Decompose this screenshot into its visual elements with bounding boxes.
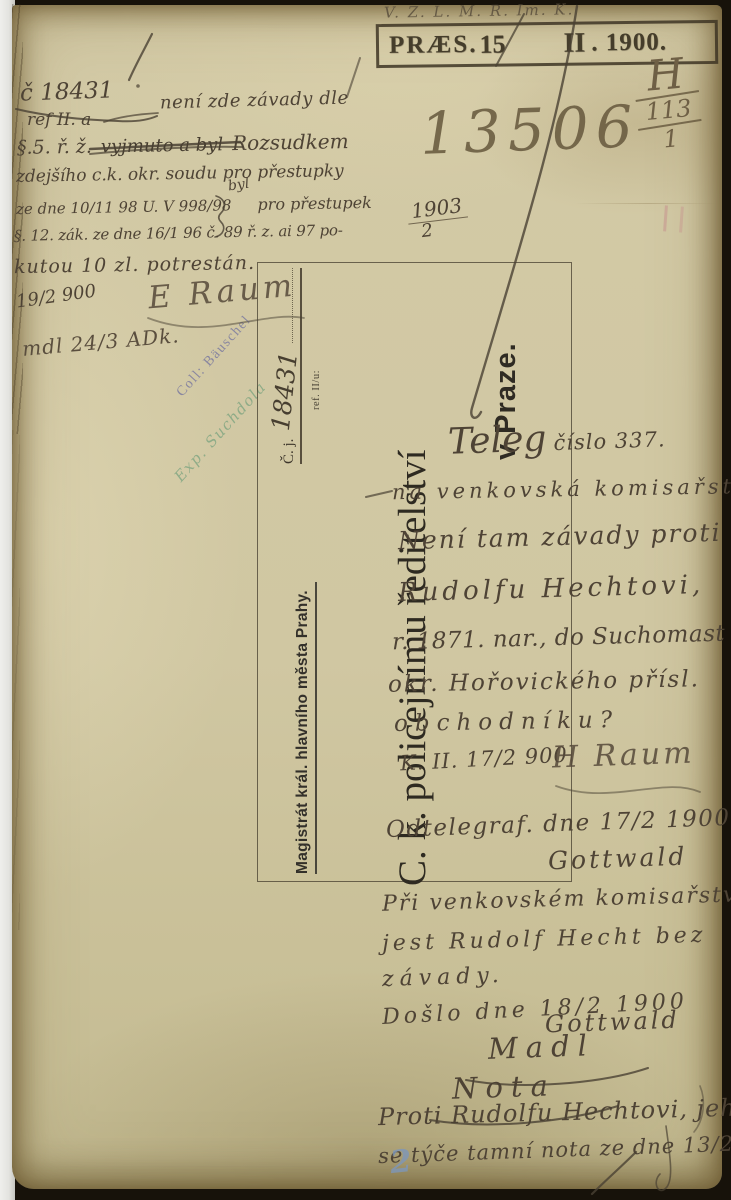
praes-label: PRÆS. (389, 31, 478, 60)
form-addressee: C. k. policejnímu ředitelství (390, 336, 435, 886)
signature-raum: H Raum (551, 738, 695, 774)
left-note-byl: byl (227, 177, 250, 195)
year-fraction: 1903 2 (406, 195, 471, 244)
teleg-rest: číslo 337. (553, 428, 666, 454)
form-magistrat-title: Magistrát král. hlavního města Prahy. (294, 582, 317, 874)
torn-paper-edge (12, 4, 23, 434)
left-note-ref: ref II. a (27, 112, 91, 130)
faint-red-mark (663, 205, 684, 232)
venkovska-line: na venkovská komisařství (392, 475, 731, 503)
left-note-number: č 18431 (20, 78, 114, 105)
left-note-struck-word: vyjmuto a byl (101, 136, 224, 157)
left-note-line4b: pro přestupek (257, 195, 372, 214)
left-note-line2-prefix: §.5. ř. ž. (17, 138, 92, 159)
praes-month: II (563, 28, 585, 60)
left-note-line2-suffix: Rozsudkem (232, 131, 349, 154)
form-cj-line: Č. j. 18431 (272, 268, 302, 464)
query-line5: obchodníku? (394, 708, 619, 736)
signature-madl: Madl (488, 1030, 596, 1064)
signature-gottwald-1: Gottwald (548, 844, 688, 875)
paper-crease (575, 203, 721, 204)
form-cj-label: Č. j. (281, 439, 298, 464)
query-line4: okr. Hořovického přísl. (388, 667, 700, 697)
form-cj-dotted-leader (278, 268, 293, 343)
top-initials: V. Z. L. M. R. Im. K. (384, 2, 575, 21)
praes-day: 15 (479, 30, 505, 60)
answer-line3: závady. (382, 964, 506, 991)
scanned-document-photo: V. Z. L. M. R. Im. K. PRÆS. 15 II . 1900… (0, 0, 731, 1200)
big-file-number: 13506 (419, 96, 641, 165)
form-ref-small: ref. II/u: (311, 310, 322, 410)
form-cj-number: 18431 (268, 350, 302, 432)
blue-pencil-mark: 2 (388, 1143, 413, 1181)
torn-paper-edge-lower (12, 430, 20, 930)
teleg-word: Teleg (447, 420, 547, 461)
teleg-line: Teleg číslo 337. (447, 416, 666, 461)
